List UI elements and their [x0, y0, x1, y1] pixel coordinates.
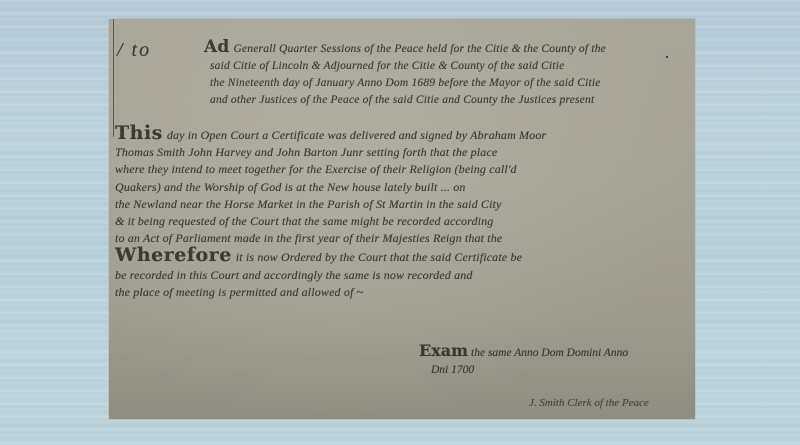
body-line: Whereforeit is now Ordered by the Court … — [115, 247, 695, 266]
closing-initial: Exam — [419, 341, 468, 360]
heading-initial: Ad — [204, 37, 229, 57]
heading-line: the Nineteenth day of January Anno Dom 1… — [204, 75, 694, 92]
heading-line: said Citie of Lincoln & Adjourned for th… — [204, 58, 694, 75]
heading-text: Generall Quarter Sessions of the Peace h… — [233, 43, 605, 55]
body-line: the place of meeting is permitted and al… — [115, 284, 695, 301]
margin-rule — [113, 19, 114, 137]
body-initial-wherefore: Wherefore — [115, 244, 232, 266]
body-text: day in Open Court a Certificate was deli… — [167, 128, 546, 142]
body-initial-this: This — [115, 122, 163, 144]
closing-text: the same Anno Dom Domini Anno — [471, 347, 628, 359]
closing-line: Examthe same Anno Dom Domini Anno — [419, 342, 695, 362]
body-text: it is now Ordered by the Court that the … — [236, 250, 522, 264]
heading-line: AdGenerall Quarter Sessions of the Peace… — [204, 39, 694, 58]
body-line: the Newland near the Horse Market in the… — [115, 196, 695, 213]
record-closing: Examthe same Anno Dom Domini Anno Dni 17… — [419, 342, 695, 379]
body-line: Thisday in Open Court a Certificate was … — [115, 125, 695, 144]
closing-date: Dni 1700 — [419, 362, 695, 379]
body-line: Thomas Smith John Harvey and John Barton… — [115, 144, 695, 161]
record-body: Thisday in Open Court a Certificate was … — [115, 125, 695, 301]
body-line: where they intend to meet together for t… — [115, 161, 695, 178]
body-line: be recorded in this Court and accordingl… — [115, 267, 695, 284]
document-photo: / to AdGenerall Quarter Sessions of the … — [109, 19, 695, 419]
slide-background: / to AdGenerall Quarter Sessions of the … — [0, 0, 800, 445]
heading-line: and other Justices of the Peace of the s… — [204, 92, 694, 109]
record-heading: AdGenerall Quarter Sessions of the Peace… — [204, 39, 694, 109]
body-line: Quakers) and the Worship of God is at th… — [115, 179, 695, 196]
body-line: & it being requested of the Court that t… — [115, 213, 695, 230]
margin-note: / to — [117, 39, 151, 62]
clerk-signature: J. Smith Clerk of the Peace — [529, 397, 649, 409]
